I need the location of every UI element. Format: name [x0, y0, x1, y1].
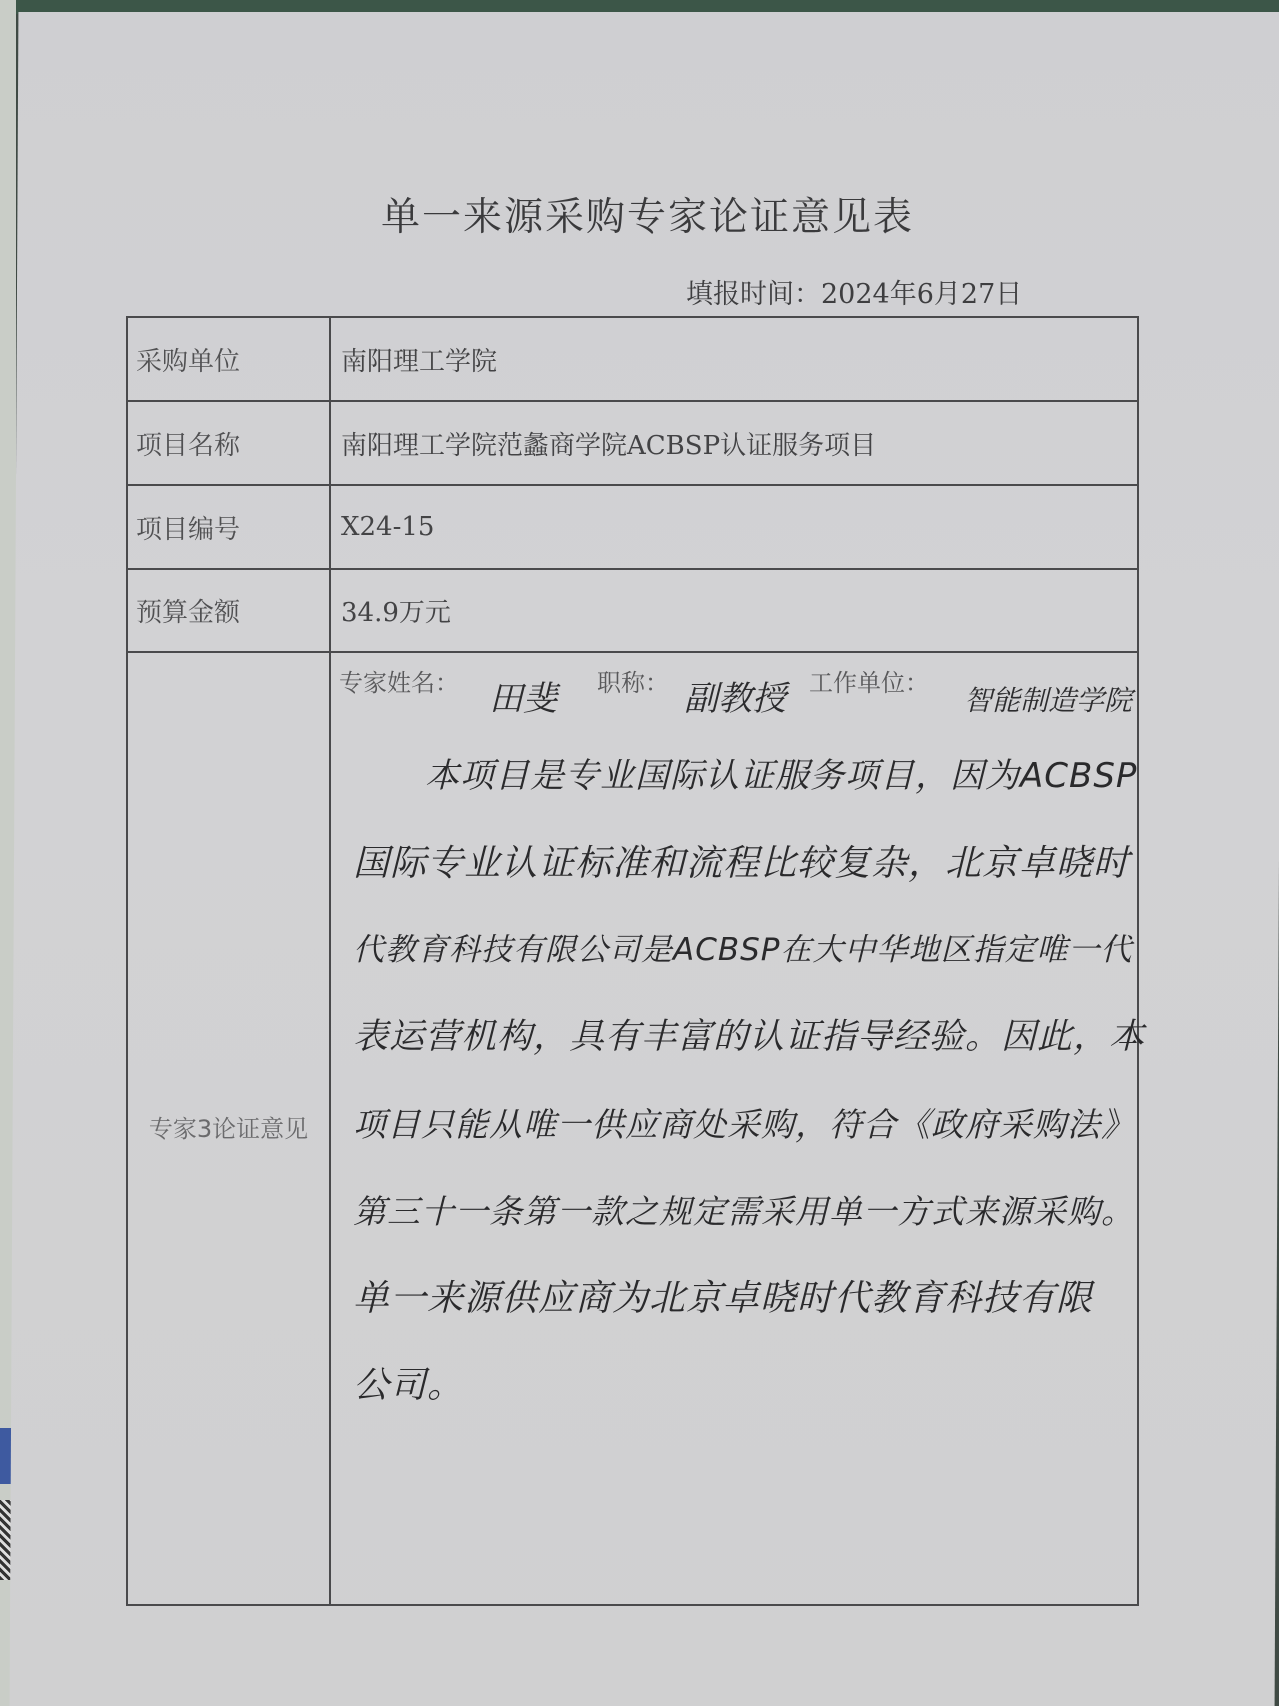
- workplace-label: 工作单位：: [809, 663, 929, 698]
- purchasing-unit-label: 采购单位: [128, 318, 331, 400]
- project-number-label: 项目编号: [128, 486, 331, 568]
- fill-date: 填报时间：2024年6月27日: [686, 272, 1022, 311]
- opinion-line: 本项目是专业国际认证服务项目，因为ACBSP: [353, 733, 1143, 820]
- purchasing-unit-value: 南阳理工学院: [341, 318, 1137, 400]
- expert-title-label: 职称：: [597, 663, 669, 698]
- row-project-name: 项目名称 南阳理工学院范蠡商学院ACBSP认证服务项目: [128, 402, 1137, 486]
- expert-title-value: 副教授: [684, 671, 786, 720]
- expert-opinion-label: 专家3论证意见: [128, 653, 331, 1604]
- budget-amount-label: 预算金额: [128, 570, 331, 651]
- expert-name-label: 专家姓名：: [339, 663, 459, 698]
- budget-amount-value: 34.9万元: [341, 570, 1137, 651]
- expert-opinion-table: 采购单位 南阳理工学院 项目名称 南阳理工学院范蠡商学院ACBSP认证服务项目 …: [126, 316, 1139, 1606]
- workplace-value: 智能制造学院: [964, 679, 1132, 719]
- opinion-line: 国际专业认证标准和流程比较复杂，北京卓晓时: [353, 820, 1143, 907]
- opinion-line: 代教育科技有限公司是ACBSP在大中华地区指定唯一代: [353, 907, 1143, 994]
- row-expert-opinion: 专家3论证意见 专家姓名： 田斐 职称： 副教授 工作单位： 智能制造学院 本项…: [128, 653, 1137, 1604]
- handwritten-opinion: 本项目是专业国际认证服务项目，因为ACBSP 国际专业认证标准和流程比较复杂，北…: [353, 733, 1143, 1429]
- opinion-line: 单一来源供应商为北京卓晓时代教育科技有限: [353, 1255, 1143, 1342]
- document-title: 单一来源采购专家论证意见表: [0, 186, 1279, 242]
- project-name-label: 项目名称: [128, 402, 331, 484]
- row-purchasing-unit: 采购单位 南阳理工学院: [128, 318, 1137, 402]
- opinion-line: 表运营机构，具有丰富的认证指导经验。因此，本: [353, 994, 1143, 1081]
- fill-date-label: 填报时间：: [686, 279, 821, 310]
- opinion-line: 公司。: [353, 1342, 1143, 1429]
- expert-name-value: 田斐: [489, 671, 557, 720]
- project-number-value: X24-15: [341, 486, 1137, 568]
- project-name-value: 南阳理工学院范蠡商学院ACBSP认证服务项目: [341, 402, 1137, 484]
- row-project-number: 项目编号 X24-15: [128, 486, 1137, 570]
- expert-info-line: 专家姓名： 田斐 职称： 副教授 工作单位： 智能制造学院: [339, 663, 1137, 723]
- opinion-line: 项目只能从唯一供应商处采购，符合《政府采购法》: [353, 1081, 1143, 1168]
- opinion-line: 第三十一条第一款之规定需采用单一方式来源采购。: [353, 1168, 1143, 1255]
- fill-date-value: 2024年6月27日: [821, 279, 1022, 310]
- row-budget-amount: 预算金额 34.9万元: [128, 570, 1137, 653]
